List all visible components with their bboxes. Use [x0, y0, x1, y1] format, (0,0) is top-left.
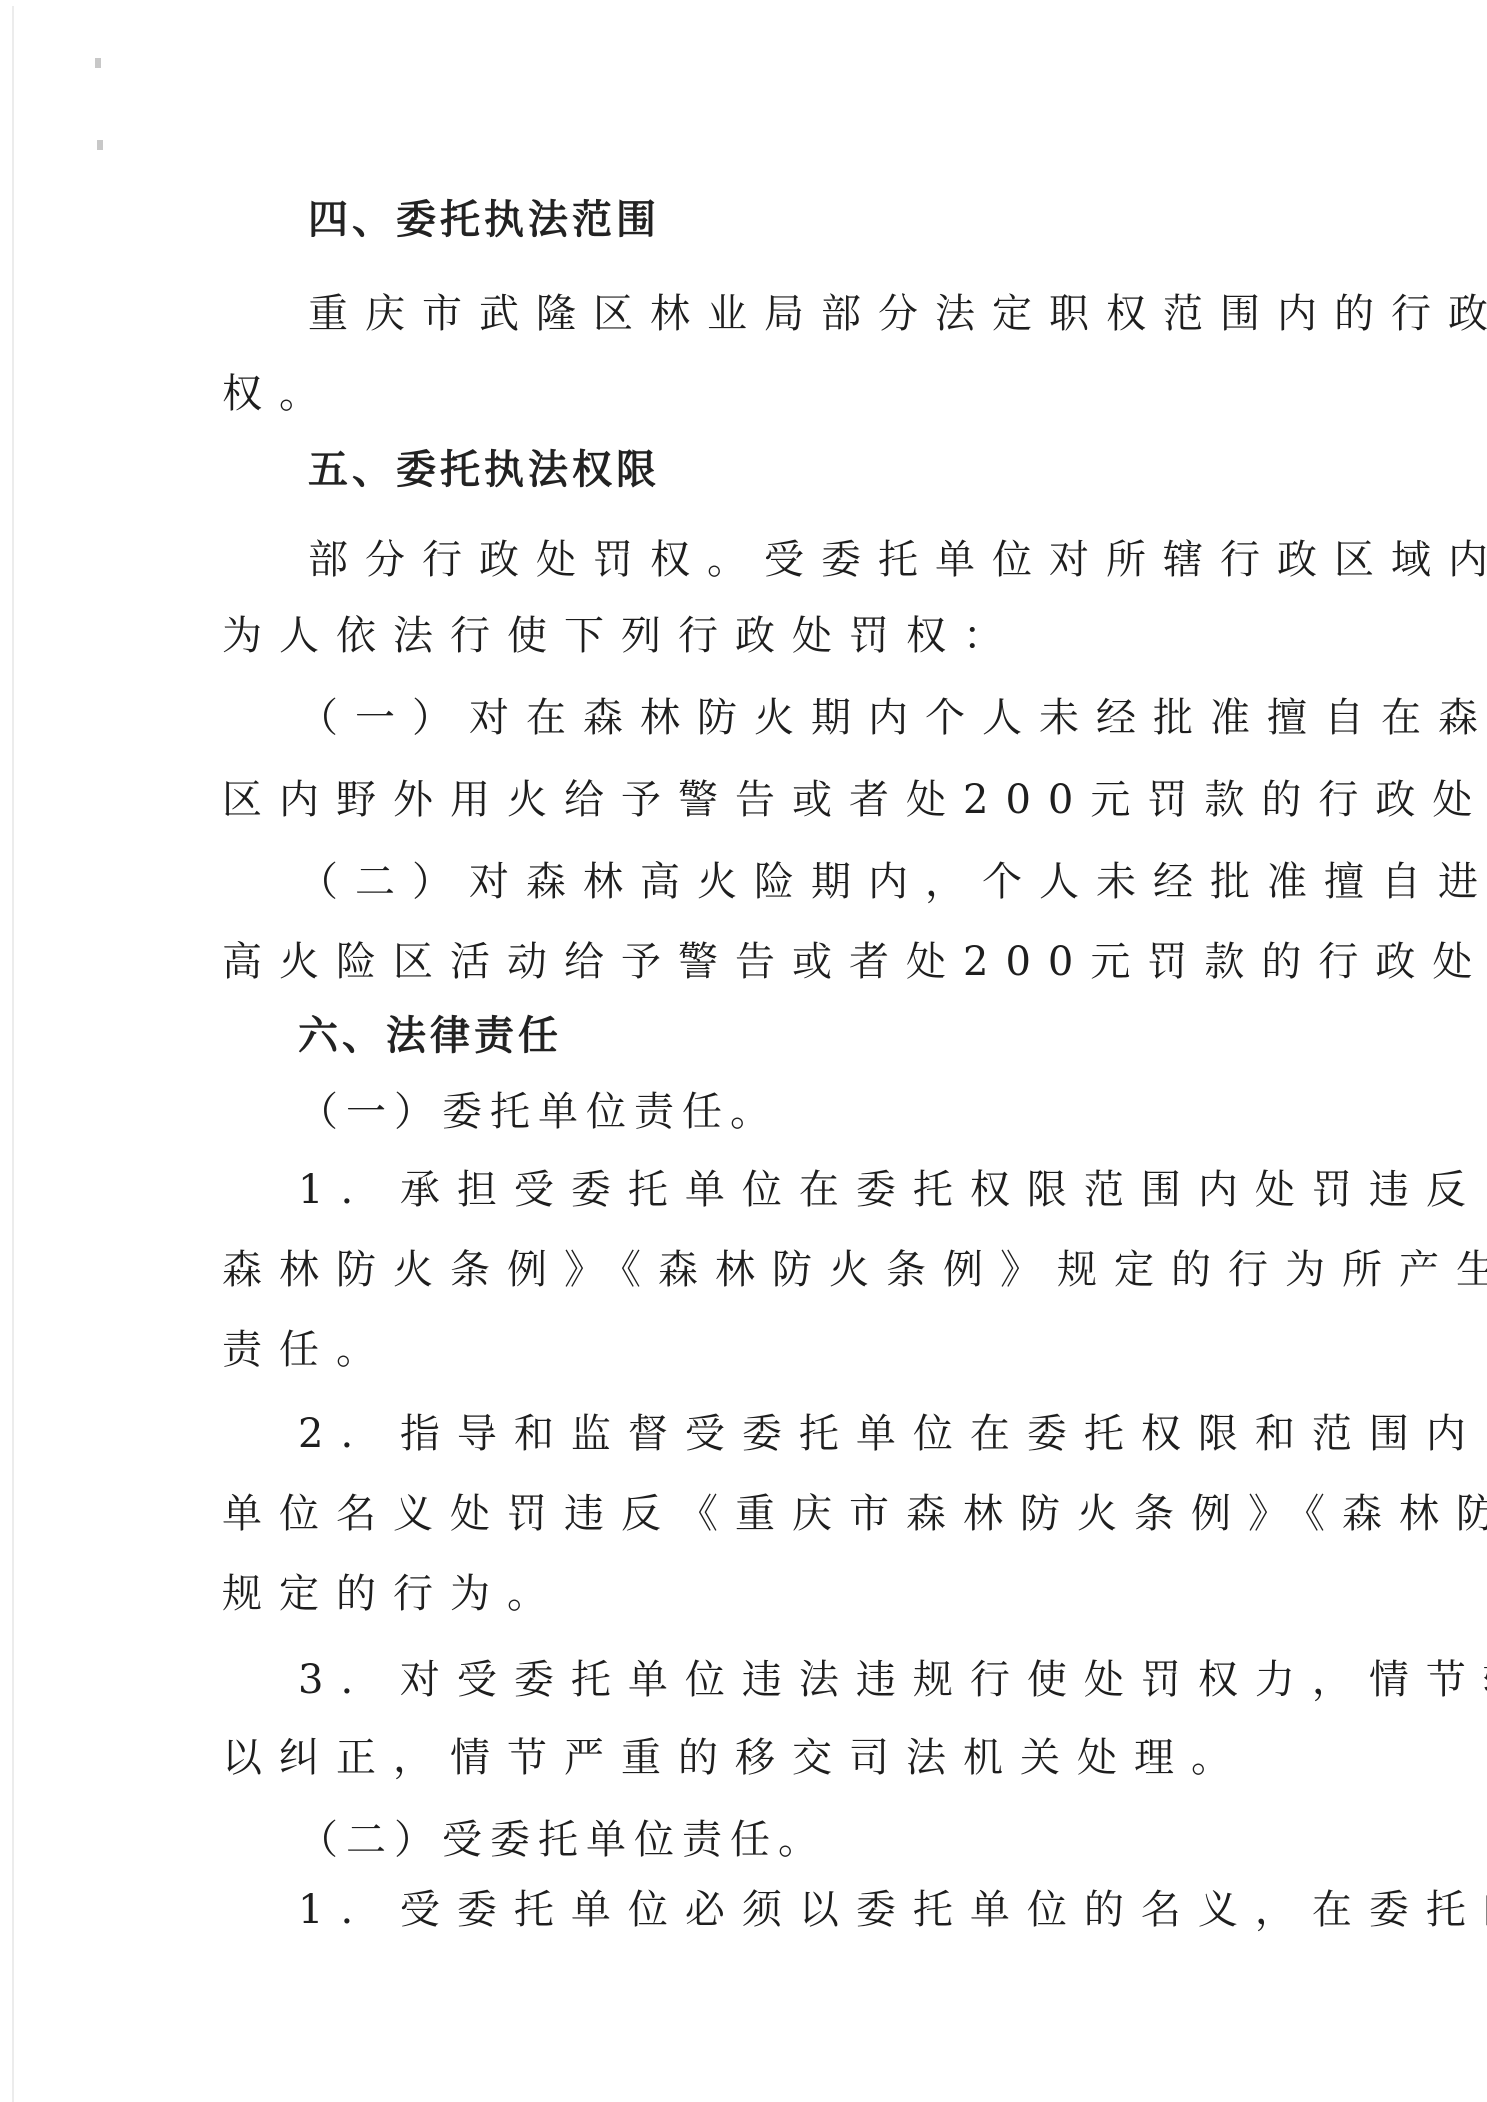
paragraph-line: 1. 受委托单位必须以委托单位的名义，在委托的权限和 [298, 1886, 1487, 1934]
list-item-line: 区内野外用火给予警告或者处200元罚款的行政处罚； [222, 776, 1487, 824]
subsection-title: （二）受委托单位责任。 [298, 1816, 826, 1864]
list-item-line: （一）对在森林防火期内个人未经批准擅自在森林防火 [298, 694, 1487, 742]
paragraph-line: 以纠正，情节严重的移交司法机关处理。 [222, 1734, 1248, 1782]
list-item-line: （二）对森林高火险期内，个人未经批准擅自进入森林 [298, 858, 1487, 906]
paragraph-line: 责任。 [222, 1326, 393, 1374]
paragraph-line: 权。 [222, 370, 336, 418]
section-heading-liability: 六、法律责任 [298, 1012, 562, 1060]
section-heading-authority: 五、委托执法权限 [308, 446, 660, 494]
paragraph-line: 3. 对受委托单位违法违规行使处罚权力，情节轻微的予 [298, 1656, 1487, 1704]
paragraph-line: 单位名义处罚违反《重庆市森林防火条例》《森林防火条例》 [222, 1490, 1487, 1538]
paragraph-line: 部分行政处罚权。受委托单位对所辖行政区域内违法行 [308, 536, 1487, 584]
paragraph-line: 为人依法行使下列行政处罚权： [222, 612, 1020, 660]
scan-page-edge [12, 6, 14, 2102]
paragraph-line: 规定的行为。 [222, 1570, 564, 1618]
paragraph-line: 2. 指导和监督受委托单位在委托权限和范围内以委托 [298, 1410, 1487, 1458]
scan-margin-mark [97, 140, 103, 150]
scan-margin-mark [95, 58, 101, 68]
section-heading-scope: 四、委托执法范围 [308, 196, 660, 244]
paragraph-line: 1. 承担受委托单位在委托权限范围内处罚违反《重庆市 [298, 1166, 1487, 1214]
paragraph-line: 森林防火条例》《森林防火条例》规定的行为所产生的法律 [222, 1246, 1487, 1294]
subsection-title: （一）委托单位责任。 [298, 1088, 778, 1136]
paragraph-line: 重庆市武隆区林业局部分法定职权范围内的行政处罚 [308, 290, 1487, 338]
list-item-line: 高火险区活动给予警告或者处200元罚款的行政处罚； [222, 938, 1487, 986]
